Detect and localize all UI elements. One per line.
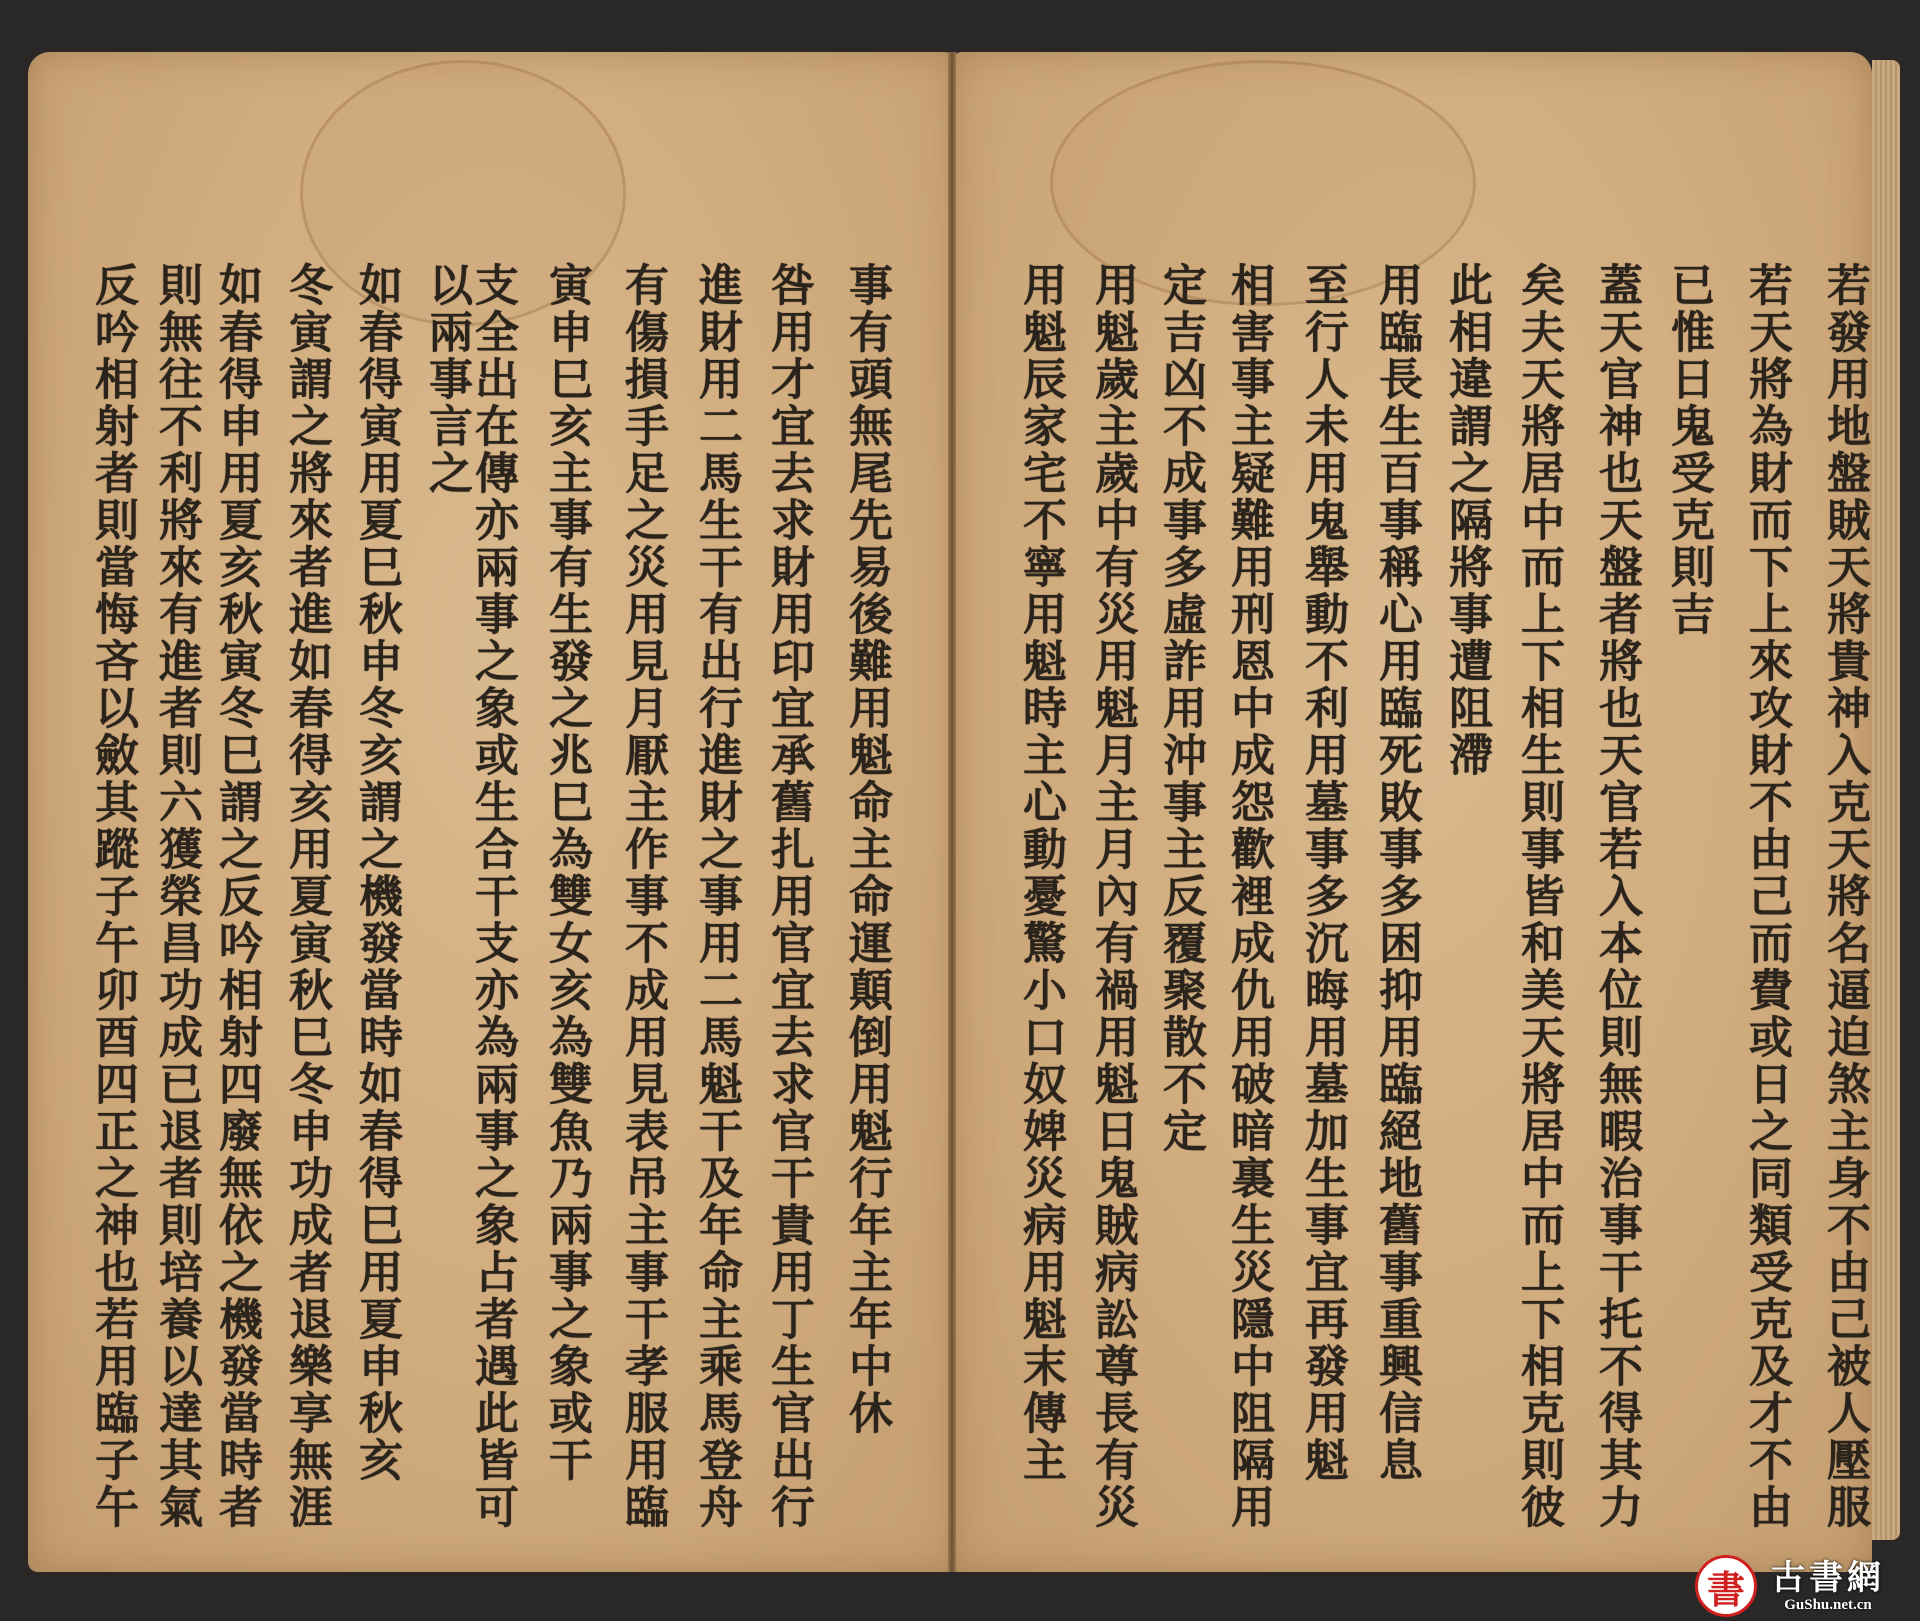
- manuscript-column: 矣夫天將居中而上下相生則事皆和美天將居中而上下相克則彼: [1512, 262, 1564, 1531]
- manuscript-column: 用臨長生百事稱心用臨死敗事多困抑用臨絕地舊事重興信息: [1370, 262, 1422, 1484]
- gushu-watermark: 書 古書網 GuShu.net.cn: [1695, 1555, 1885, 1617]
- manuscript-column: 有傷損手足之災用見月厭主作事不成用見表吊主事干孝服用臨: [616, 262, 668, 1531]
- seal-logo-icon: 書: [1695, 1555, 1757, 1617]
- watermark-url: GuShu.net.cn: [1784, 1597, 1872, 1614]
- manuscript-column: 已惟日鬼受克則吉: [1662, 262, 1714, 638]
- manuscript-column: 支全出在傳亦兩事之象或生合干支亦為兩事之象占者遇此皆可: [466, 262, 518, 1531]
- manuscript-column: 寅申巳亥主事有生發之兆巳為雙女亥為雙魚乃兩事之象或干: [540, 262, 592, 1484]
- watermark-title: 古書網: [1771, 1559, 1885, 1597]
- manuscript-column: 以兩事言之: [420, 262, 472, 497]
- watermark-text: 古書網 GuShu.net.cn: [1771, 1559, 1885, 1614]
- manuscript-column: 則無往不利將來有進者則六獲榮昌功成已退者則培養以達其氣: [150, 262, 202, 1531]
- manuscript-column: 咎用才宜去求財用印宜承舊扎用官宜去求官干貴用丁生官出行: [762, 262, 814, 1531]
- page-fore-edge: [1872, 60, 1900, 1540]
- manuscript-column: 反吟相射者則當悔吝以斂其蹤子午卯酉四正之神也若用臨子午: [86, 262, 138, 1531]
- manuscript-column: 此相違謂之隔將事遭阻滯: [1440, 262, 1492, 779]
- manuscript-column: 若發用地盤賊天將貴神入克天將名逼迫煞主身不由己被人壓服: [1818, 262, 1870, 1531]
- manuscript-column: 用魁歲主歲中有災用魁月主月內有禍用魁日鬼賊病訟尊長有災: [1086, 262, 1138, 1531]
- manuscript-column: 用魁辰家宅不寧用魁時主心動憂驚小口奴婢災病用魁末傳主: [1014, 262, 1066, 1484]
- manuscript-column: 事有頭無尾先易後難用魁命主命運顛倒用魁行年主年中休: [840, 262, 892, 1437]
- manuscript-column: 如春得寅用夏巳秋申冬亥謂之機發當時如春得巳用夏申秋亥: [350, 262, 402, 1484]
- manuscript-column: 至行人未用鬼舉動不利用墓事多沉晦用墓加生事宜再發用魁: [1296, 262, 1348, 1484]
- manuscript-column: 定吉凶不成事多虛詐用沖事主反覆聚散不定: [1154, 262, 1206, 1155]
- manuscript-column: 如春得申用夏亥秋寅冬巳謂之反吟相射四廢無依之機發當時者: [210, 262, 262, 1531]
- manuscript-column: 進財用二馬生干有出行進財之事用二馬魁干及年命主乘馬登舟: [690, 262, 742, 1531]
- manuscript-column: 蓋天官神也天盤者將也天官若入本位則無暇治事干托不得其力: [1590, 262, 1642, 1531]
- book-spine: [948, 52, 956, 1572]
- manuscript-column: 相害事主疑難用刑恩中成怨歡裡成仇用破暗裏生災隱中阻隔用: [1222, 262, 1274, 1531]
- manuscript-column: 若天將為財而下上來攻財不由己而費或日之同類受克及才不由: [1740, 262, 1792, 1531]
- manuscript-column: 冬寅謂之將來者進如春得亥用夏寅秋巳冬申功成者退樂享無涯: [280, 262, 332, 1531]
